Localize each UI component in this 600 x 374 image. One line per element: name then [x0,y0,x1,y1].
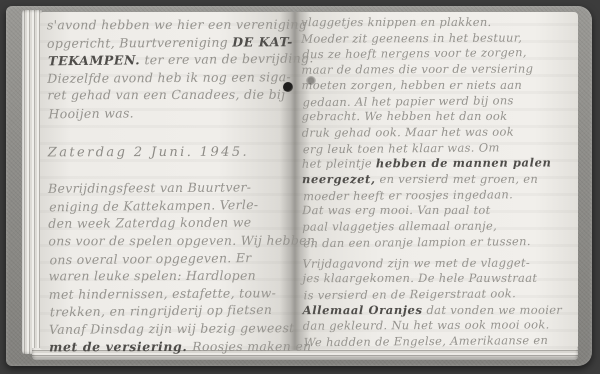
handwriting-line: moeten zorgen, hebben er niets aan [301,78,573,94]
pencil-text: s'avond hebben we hier een vereniging [47,17,307,33]
pencil-smudge [306,76,316,85]
ink-blot [283,82,293,92]
handwriting-line: Allemaal Oranjes dat vonden we mooier [303,303,575,319]
pencil-text: moeder heeft er roosjes ingedaan. [303,187,513,203]
pencil-text: en dan een oranje lampion er tussen. [303,234,531,250]
handwriting-line: Vrijdagavond zijn we met de vlagget- [302,255,574,272]
handwriting-line: ons voor de spelen opgeven. Wij hebben [48,232,292,250]
pencil-text: Vrijdagavond zijn we met de vlagget- [302,255,530,270]
handwriting-line: maar de dames die voor de versiering [301,61,573,78]
pencil-text: en versierd met groen, en [376,172,539,186]
handwriting-line: gebracht. We hebben het dan ook [302,109,574,125]
handwriting-line: ret gehad van een Canadees, die bij [47,86,291,104]
handwriting-line: neergezet, en versierd met groen, en [302,172,574,188]
pencil-text: moeten zorgen, hebben er niets aan [301,78,522,92]
right-page-handwriting: vlaggetjes knippen en plakken.Moeder zit… [301,14,575,350]
pencil-text: ons voor de spelen opgeven. Wij hebben [48,233,315,249]
pencil-text: Dat was erg mooi. Van paal tot [302,203,490,217]
pencil-text: erg leuk toen het klaar was. Om [303,140,500,156]
dark-ink-text: Allemaal Oranjes [303,303,423,317]
pencil-text: gebracht. We hebben het dan ook [302,109,508,123]
handwriting-line: eniging de Kattekampen. Verle- [49,195,293,215]
date-heading: Zaterdag 2 Juni. 1945. [48,143,292,161]
handwriting-line: Vanaf Dinsdag zijn wij bezig geweest [49,319,293,338]
pencil-text: eniging de Kattekampen. Verle- [49,197,258,214]
handwriting-line: Diezelfde avond heb ik nog een siga- [47,68,291,87]
handwriting-line: druk gehad ook. Maar het was ook [302,124,574,141]
handwriting-line: jes klaargekomen. De hele Pauwstraat [302,271,574,287]
pencil-text: ret gehad van een Canadees, die bij [47,87,285,103]
pencil-text: We hadden de Engelse, Amerikaanse en [304,333,548,349]
handwriting-line: den week Zaterdag konden we [48,213,292,232]
pencil-text: ter ere van de bevrijding. [140,51,314,68]
handwriting-line: Bevrijdingsfeest van Buurtver- [48,178,292,197]
pencil-text: ons overal voor opgegeven. Er [49,250,251,267]
pencil-text: dat vonden we mooier [423,303,563,317]
handwriting-line: met de versiering. Roosjes maken en [49,337,293,355]
dark-ink-text: TEKAMPEN. [48,53,140,69]
pencil-text: den week Zaterdag konden we [48,215,251,231]
handwriting-line: s'avond hebben we hier een vereniging [47,16,291,34]
pencil-text: met hindernissen, estafette, touw- [49,285,277,302]
handwriting-line: vlaggetjes knippen en plakken. [301,15,573,31]
page-edges-left [22,10,42,354]
pencil-text: het pleintje [302,157,376,171]
pencil-text: waren leuke spelen: Hardlopen [49,268,256,284]
handwriting-line: en dan een oranje lampion er tussen. [303,234,575,252]
handwriting-line: het pleintje hebben de mannen palen [302,156,574,173]
pencil-text: Bevrijdingsfeest van Buurtver- [48,180,251,196]
pencil-text: opgericht, Buurtvereniging [47,34,232,50]
pencil-text: Vanaf Dinsdag zijn wij bezig geweest [49,320,295,337]
pencil-text: druk gehad ook. Maar het was ook [302,125,514,140]
handwriting-line: TEKAMPEN. ter ere van de bevrijding. [48,50,292,70]
left-page-handwriting: s'avond hebben we hier een verenigingopg… [47,15,293,356]
pencil-text: jes klaargekomen. De hele Pauwstraat [302,271,537,285]
pencil-text: Hooijen was. [48,105,134,121]
pencil-text: vlaggetjes knippen en plakken. [301,15,491,29]
handwriting-line: trekken, en ringrijderij op fietsen [50,301,294,321]
pencil-text: dus ze hoeft nergens voor te zorgen, [302,46,527,62]
handwriting-line: is versierd en de Reigerstraat ook. [304,286,576,304]
handwriting-line: Hooijen was. [48,103,292,123]
handwriting-line: ons overal voor opgegeven. Er [49,248,293,268]
dark-ink-text: hebben de mannen palen [376,156,552,171]
pencil-text: paal vlaggetjes allemaal oranje, [302,219,497,234]
pencil-text: trekken, en ringrijderij op fietsen [50,302,273,320]
pencil-text: maar de dames die voor de versiering [301,62,533,77]
handwriting-line: waren leuke spelen: Hardlopen [49,267,293,285]
handwriting-line: We hadden de Engelse, Amerikaanse en [304,333,576,351]
photo-background: s'avond hebben we hier een verenigingopg… [0,0,600,374]
pencil-text: Zaterdag 2 Juni. 1945. [48,144,249,160]
dark-ink-text: neergezet, [302,172,376,186]
pencil-text: Moeder zit geeneens in het bestuur, [301,30,522,45]
handwriting-line: Dat was erg mooi. Van paal tot [302,203,574,219]
pencil-text: Diezelfde avond heb ik nog een siga- [47,69,291,86]
dark-ink-text: met de versiering. [49,338,192,353]
pencil-text: is versierd en de Reigerstraat ook. [304,286,517,302]
handwriting-line: paal vlaggetjes allemaal oranje, [302,218,574,235]
pencil-text: Roosjes maken en [192,338,311,353]
dark-ink-text: DE KAT- [232,34,293,49]
pencil-text: gedaan. Al het papier werd bij ons [303,93,514,109]
handwriting-line: gedaan. Al het papier werd bij ons [303,92,575,110]
pencil-text: dan gekleurd. Nu het was ook mooi ook. [303,318,550,333]
